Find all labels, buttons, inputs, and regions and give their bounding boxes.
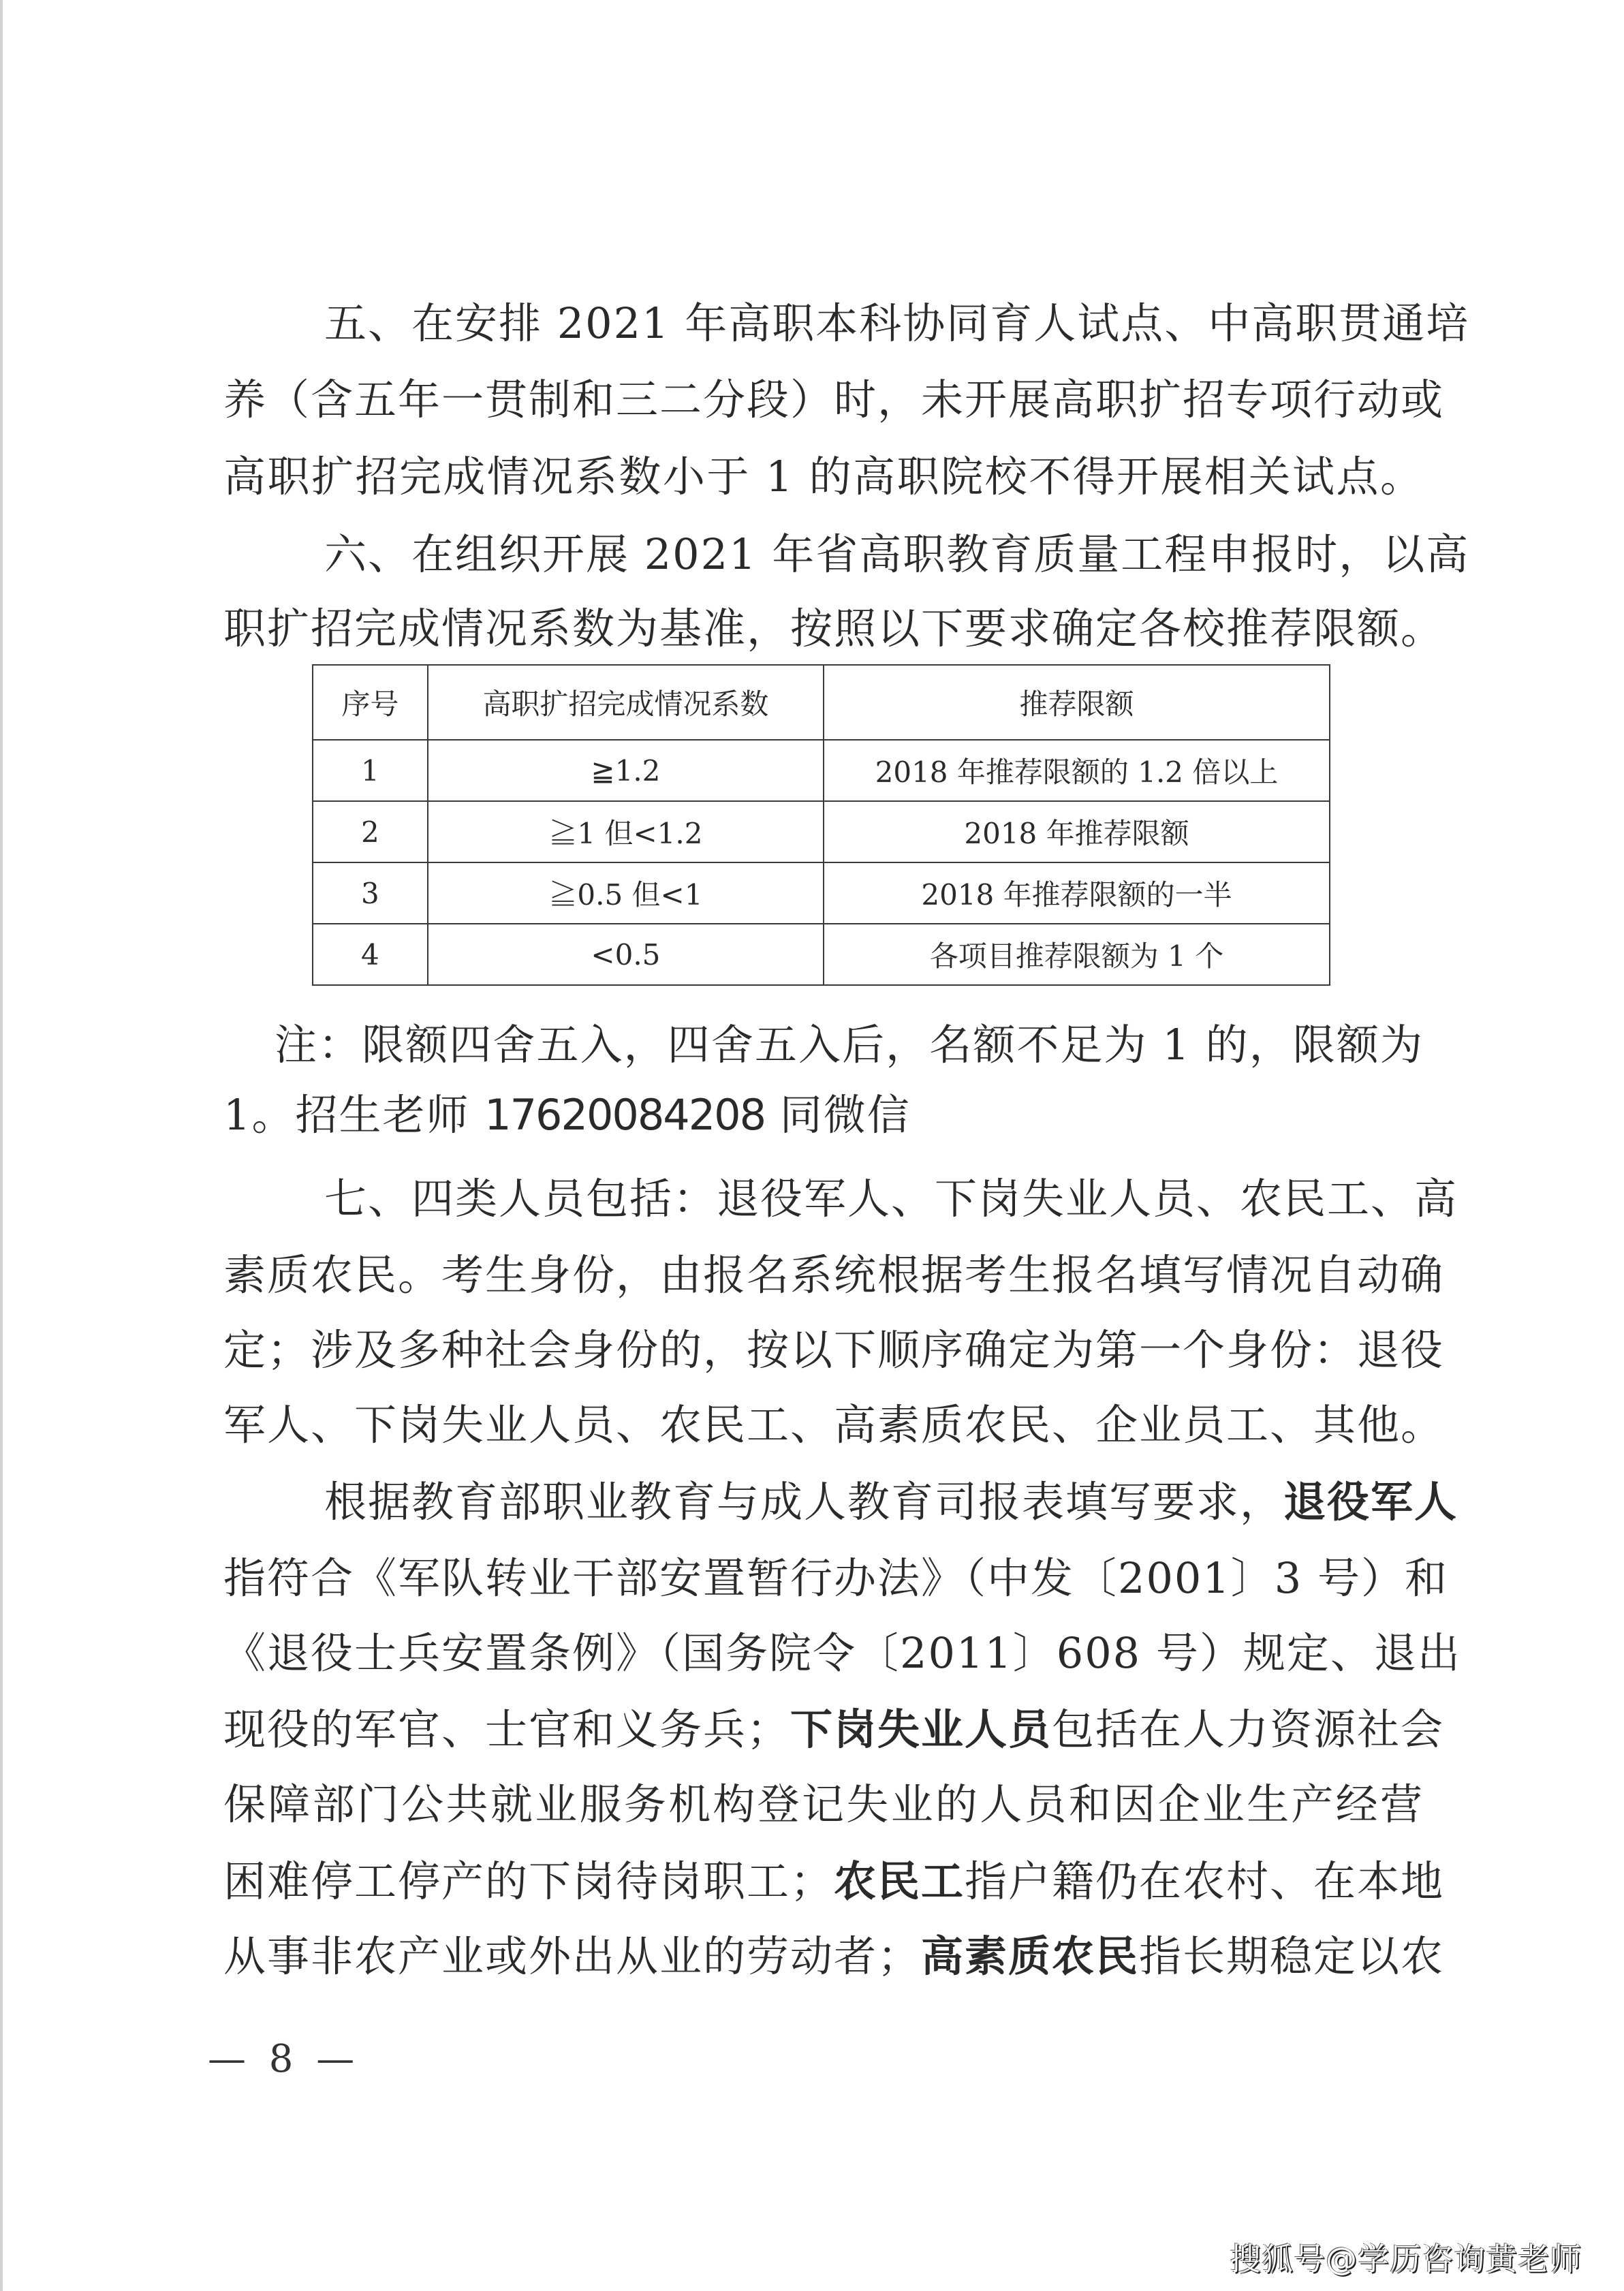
table-row: 2 ≧1 但<1.2 2018 年推荐限额 <box>313 801 1330 862</box>
cell-index: 4 <box>313 924 428 985</box>
definitions-line-6: 困难停工停产的下岗待岗职工；农民工指户籍仍在农村、在本地 <box>223 1858 1424 1905</box>
section5-line-1: 五、在安排 2021 年高职本科协同育人试点、中高职贯通培 <box>324 300 1424 347</box>
section5-line-3: 高职扩招完成情况系数小于 1 的高职院校不得开展相关试点。 <box>223 453 1424 501</box>
table-row: 4 <0.5 各项目推荐限额为 1 个 <box>313 924 1330 985</box>
section6-line-2: 职扩招完成情况系数为基准，按照以下要求确定各校推荐限额。 <box>223 605 1424 653</box>
definitions-text: 现役的军官、士官和义务兵； <box>223 1704 790 1754</box>
table-row: 1 ≧1.2 2018 年推荐限额的 1.2 倍以上 <box>313 740 1330 801</box>
definitions-text: 指长期稳定以农 <box>1139 1931 1444 1981</box>
cell-index: 3 <box>313 862 428 924</box>
watermark: 搜狐号@学历咨询黄老师 <box>1230 2234 1582 2279</box>
cell-quota: 2018 年推荐限额的一半 <box>824 862 1330 924</box>
definitions-text: 根据教育部职业教育与成人教育司报表填写要求， <box>324 1477 1283 1527</box>
section6-line-1: 六、在组织开展 2021 年省高职教育质量工程申报时，以高 <box>324 531 1424 578</box>
definitions-line-3: 《退役士兵安置条例》（国务院令〔2011〕608 号）规定、退出 <box>223 1630 1424 1677</box>
note-suffix: 同微信 <box>765 1090 911 1140</box>
section7-line-4: 军人、下岗失业人员、农民工、高素质农民、企业员工、其他。 <box>223 1401 1424 1449</box>
cell-coefficient: ≧0.5 但<1 <box>428 862 824 924</box>
table-row: 3 ≧0.5 但<1 2018 年推荐限额的一半 <box>313 862 1330 924</box>
definitions-line-2: 指符合《军队转业干部安置暂行办法》（中发〔2001〕3 号）和 <box>223 1555 1424 1602</box>
cell-coefficient: ≧1.2 <box>428 740 824 801</box>
note-line-1: 注：限额四舍五入，四舍五入后，名额不足为 1 的，限额为 <box>275 1021 1424 1069</box>
term-migrant-worker: 农民工 <box>834 1856 965 1906</box>
term-veteran: 退役军人 <box>1283 1477 1458 1527</box>
cell-coefficient: <0.5 <box>428 924 824 985</box>
section7-line-3: 定；涉及多种社会身份的，按以下顺序确定为第一个身份：退役 <box>223 1326 1424 1374</box>
definitions-text: 指户籍仍在农村、在本地 <box>965 1856 1444 1906</box>
cell-index: 2 <box>313 801 428 862</box>
quota-table: 序号 高职扩招完成情况系数 推荐限额 1 ≧1.2 2018 年推荐限额的 1.… <box>312 664 1330 986</box>
cell-quota: 各项目推荐限额为 1 个 <box>824 924 1330 985</box>
definitions-line-7: 从事非农产业或外出从业的劳动者；高素质农民指长期稳定以农 <box>223 1933 1424 1980</box>
definitions-text: 包括在人力资源社会 <box>1052 1704 1444 1754</box>
definitions-line-1: 根据教育部职业教育与成人教育司报表填写要求，退役军人 <box>324 1478 1424 1526</box>
section7-line-2: 素质农民。考生身份，由报名系统根据考生报名填写情况自动确 <box>223 1251 1424 1299</box>
note-line-2: 1。招生老师 17620084208 同微信 <box>223 1091 1424 1139</box>
cell-quota: 2018 年推荐限额 <box>824 801 1330 862</box>
section5-line-2: 养（含五年一贯制和三二分段）时，未开展高职扩招专项行动或 <box>223 376 1424 424</box>
definitions-text: 从事非农产业或外出从业的劳动者； <box>223 1931 921 1981</box>
header-index: 序号 <box>313 665 428 740</box>
page-number: — 8 — <box>208 2037 360 2081</box>
term-laid-off: 下岗失业人员 <box>790 1704 1052 1754</box>
definitions-line-5: 保障部门公共就业服务机构登记失业的人员和因企业生产经营 <box>223 1781 1424 1828</box>
table-header-row: 序号 高职扩招完成情况系数 推荐限额 <box>313 665 1330 740</box>
cell-coefficient: ≧1 但<1.2 <box>428 801 824 862</box>
page-edge <box>0 0 3 2291</box>
definitions-line-4: 现役的军官、士官和义务兵；下岗失业人员包括在人力资源社会 <box>223 1706 1424 1754</box>
term-high-quality-farmer: 高素质农民 <box>921 1931 1139 1981</box>
header-coefficient: 高职扩招完成情况系数 <box>428 665 824 740</box>
cell-index: 1 <box>313 740 428 801</box>
note-prefix: 1。招生老师 <box>223 1090 484 1140</box>
definitions-text: 困难停工停产的下岗待岗职工； <box>223 1856 834 1906</box>
section7-line-1: 七、四类人员包括：退役军人、下岗失业人员、农民工、高 <box>324 1175 1424 1223</box>
header-quota: 推荐限额 <box>824 665 1330 740</box>
cell-quota: 2018 年推荐限额的 1.2 倍以上 <box>824 740 1330 801</box>
contact-phone: 17620084208 <box>484 1090 765 1140</box>
